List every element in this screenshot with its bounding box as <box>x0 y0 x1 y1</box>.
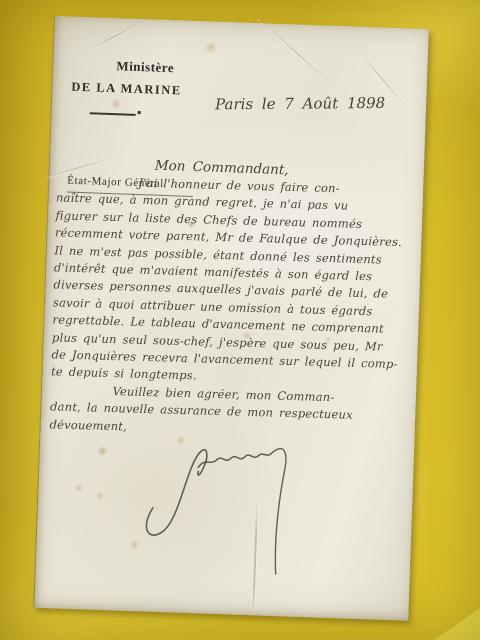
dateline: Paris le 7 Août 1898 <box>215 94 385 113</box>
letterhead-department: DE LA MARINE <box>60 79 192 99</box>
letterhead: Ministère DE LA MARINE État-Major Généra… <box>60 56 193 99</box>
signature-flourish <box>131 419 311 580</box>
letterhead-divider-dot <box>138 111 141 114</box>
foxing-stain <box>204 41 218 53</box>
paper-crease <box>258 18 340 92</box>
paper-crease <box>88 22 141 51</box>
letter-paper: Ministère DE LA MARINE État-Major Généra… <box>33 16 428 621</box>
foxing-stain <box>74 483 83 492</box>
foxing-stain <box>110 98 122 109</box>
letterhead-ministry: Ministère <box>97 58 193 77</box>
letter-body: J'ai l'honneur de vous faire con- naître… <box>49 172 408 443</box>
foxing-stain <box>97 446 108 456</box>
letterhead-divider <box>90 112 136 116</box>
photo-scene: Ministère DE LA MARINE État-Major Généra… <box>0 0 480 640</box>
foxing-stain <box>96 492 104 500</box>
